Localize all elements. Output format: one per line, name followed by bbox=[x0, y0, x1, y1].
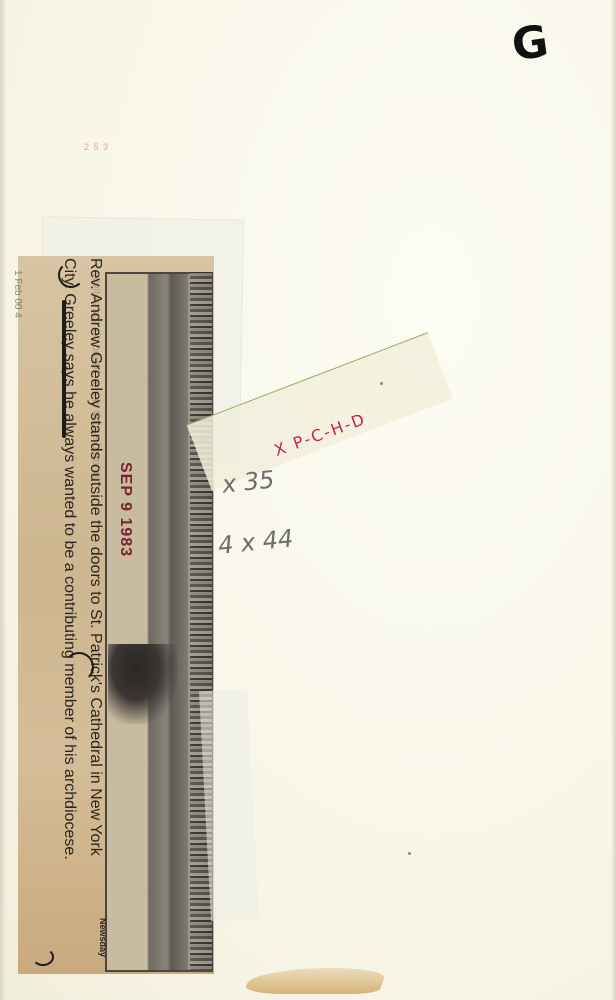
pen-bracket-mid bbox=[64, 652, 94, 682]
caption-line-1: Rev. Andrew Greeley stands outside the d… bbox=[82, 258, 108, 968]
paper-edge-right bbox=[611, 0, 616, 1000]
speck bbox=[380, 382, 383, 385]
pen-underline bbox=[62, 300, 66, 438]
clipping-photo-figures bbox=[108, 644, 178, 724]
speck bbox=[408, 852, 411, 855]
paper-edge-left bbox=[0, 0, 6, 1000]
photo-credit: Newsday bbox=[98, 918, 108, 957]
corner-handwritten-mark: G bbox=[509, 16, 552, 72]
caption-line-2: City. Greeley says he always wanted to b… bbox=[56, 258, 82, 968]
red-ink-specks: 2 5 3 bbox=[84, 142, 109, 152]
pen-bracket-bottom bbox=[32, 948, 54, 966]
pen-bracket-top bbox=[58, 262, 84, 288]
date-stamp: SEP 9 1983 bbox=[116, 462, 134, 557]
clipping-caption: Rev. Andrew Greeley stands outside the d… bbox=[28, 258, 108, 968]
handwritten-size-1: x 35 bbox=[221, 465, 276, 498]
faint-stamp: 1 Feb 00 4 bbox=[12, 270, 23, 318]
